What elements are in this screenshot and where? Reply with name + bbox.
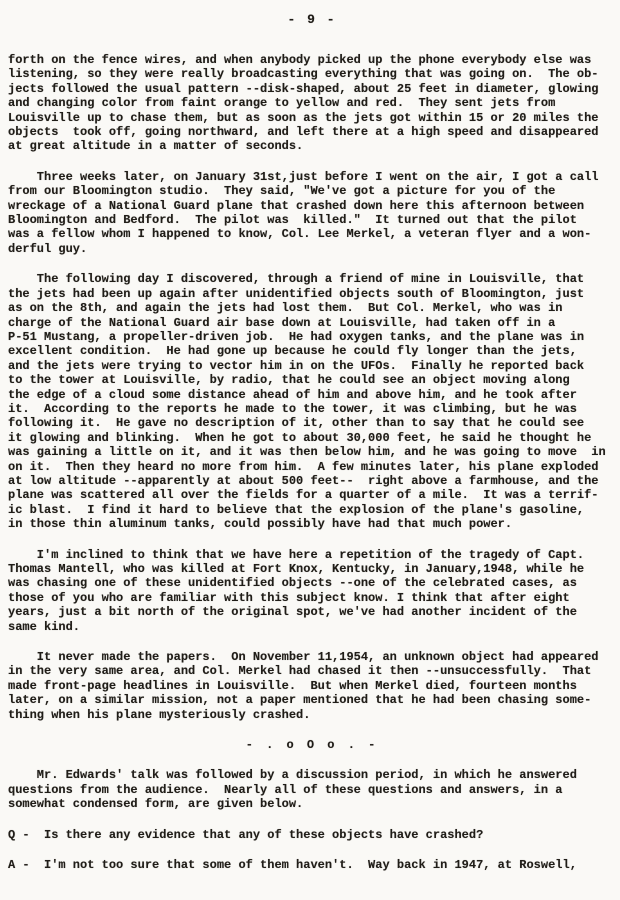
page-number: - 9 - (8, 12, 616, 27)
section-separator: - . o O o . - (8, 738, 616, 752)
document-page: - 9 - forth on the fence wires, and when… (0, 0, 620, 900)
paragraph-mantell-tragedy: I'm inclined to think that we have here … (8, 548, 616, 634)
answer-line: A - I'm not too sure that some of them h… (8, 858, 616, 872)
paragraph-never-made-papers: It never made the papers. On November 11… (8, 650, 616, 722)
paragraph-three-weeks-later: Three weeks later, on January 31st,just … (8, 170, 616, 256)
paragraph-discussion-period: Mr. Edwards' talk was followed by a disc… (8, 768, 616, 811)
question-line: Q - Is there any evidence that any of th… (8, 828, 616, 842)
paragraph-fence-wires: forth on the fence wires, and when anybo… (8, 53, 616, 154)
paragraph-following-day: The following day I discovered, through … (8, 272, 616, 531)
